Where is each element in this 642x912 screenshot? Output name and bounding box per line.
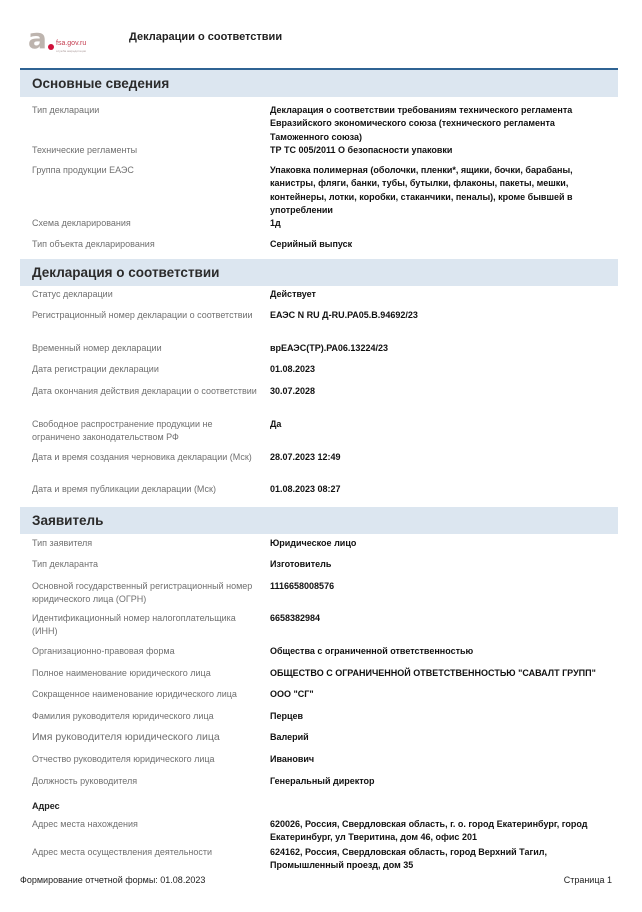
field-label: Тип заявителя	[32, 537, 257, 550]
field-value: 1116658008576	[270, 580, 615, 593]
field-value: 6658382984	[270, 612, 615, 625]
address-subheading: Адрес	[32, 801, 60, 811]
logo-dot-icon	[48, 44, 54, 50]
field-value: Упаковка полимерная (оболочки, пленки*, …	[270, 164, 615, 218]
field-value: ОБЩЕСТВО С ОГРАНИЧЕННОЙ ОТВЕТСТВЕННОСТЬЮ…	[270, 667, 615, 680]
field-label: Отчество руководителя юридического лица	[32, 753, 257, 766]
field-label: Дата и время публикации декларации (Мск)	[32, 483, 257, 496]
field-label: Свободное распространение продукции не о…	[32, 418, 257, 445]
field-label: Регистрационный номер декларации о соотв…	[32, 309, 257, 322]
field-value: 624162, Россия, Свердловская область, го…	[270, 846, 615, 873]
field-label: Идентификационный номер налогоплательщик…	[32, 612, 257, 639]
field-label: Организационно-правовая форма	[32, 645, 257, 658]
field-label: Статус декларации	[32, 288, 257, 301]
logo-subtext: служба аккредитации	[56, 49, 86, 53]
field-label: Имя руководителя юридического лица	[32, 731, 257, 744]
section-title: Декларация о соответствии	[32, 265, 219, 280]
section-header-applicant: Заявитель	[20, 507, 618, 534]
field-label: Адрес места нахождения	[32, 818, 257, 831]
field-label: Тип объекта декларирования	[32, 238, 257, 251]
field-value: Юридическое лицо	[270, 537, 615, 550]
field-label: Дата и время создания черновика декларац…	[32, 451, 257, 464]
field-value: ТР ТС 005/2011 О безопасности упаковки	[270, 144, 615, 157]
page-header: a fsa.gov.ru служба аккредитации Деклара…	[0, 0, 642, 62]
field-label: Адрес места осуществления деятельности	[32, 846, 257, 859]
field-label: Временный номер декларации	[32, 342, 257, 355]
field-label: Технические регламенты	[32, 144, 257, 157]
document-title: Декларации о соответствии	[129, 31, 282, 43]
fsa-logo: a fsa.gov.ru служба аккредитации	[28, 28, 108, 54]
field-value: ЕАЭС N RU Д-RU.РА05.В.94692/23	[270, 309, 615, 322]
field-value: 30.07.2028	[270, 385, 615, 398]
logo-glyph-icon: a	[28, 26, 47, 52]
field-value: 28.07.2023 12:49	[270, 451, 615, 464]
logo-text: fsa.gov.ru	[56, 40, 86, 47]
field-value: 620026, Россия, Свердловская область, г.…	[270, 818, 615, 845]
section-header-main: Основные сведения	[20, 68, 618, 97]
field-label: Тип декларации	[32, 104, 257, 117]
field-label: Схема декларирования	[32, 217, 257, 230]
field-value: Генеральный директор	[270, 775, 615, 788]
field-value: 1д	[270, 217, 615, 230]
field-value: 01.08.2023	[270, 363, 615, 376]
section-title: Основные сведения	[32, 76, 169, 91]
field-value: Перцев	[270, 710, 615, 723]
field-label: Сокращенное наименование юридического ли…	[32, 688, 257, 701]
field-label: Группа продукции ЕАЭС	[32, 164, 257, 177]
field-label: Основной государственный регистрационный…	[32, 580, 257, 607]
field-label: Дата регистрации декларации	[32, 363, 257, 376]
field-label: Должность руководителя	[32, 775, 257, 788]
field-value: Серийный выпуск	[270, 238, 615, 251]
report-generated-date: Формирование отчетной формы: 01.08.2023	[20, 875, 205, 885]
field-value: Декларация о соответствии требованиям те…	[270, 104, 615, 144]
field-value: Иванович	[270, 753, 615, 766]
field-value: ООО "СГ"	[270, 688, 615, 701]
field-label: Фамилия руководителя юридического лица	[32, 710, 257, 723]
page-number: Страница 1	[564, 875, 612, 885]
field-value: Валерий	[270, 731, 615, 744]
field-value: Да	[270, 418, 615, 431]
field-label: Дата окончания действия декларации о соо…	[32, 385, 257, 398]
field-value: 01.08.2023 08:27	[270, 483, 615, 496]
field-value: Общества с ограниченной ответственностью	[270, 645, 615, 658]
field-label: Полное наименование юридического лица	[32, 667, 257, 680]
section-header-declaration: Декларация о соответствии	[20, 259, 618, 286]
section-title: Заявитель	[32, 513, 103, 528]
field-value: врЕАЭС(ТР).РА06.13224/23	[270, 342, 615, 355]
field-label: Тип декларанта	[32, 558, 257, 571]
field-value: Действует	[270, 288, 615, 301]
field-value: Изготовитель	[270, 558, 615, 571]
